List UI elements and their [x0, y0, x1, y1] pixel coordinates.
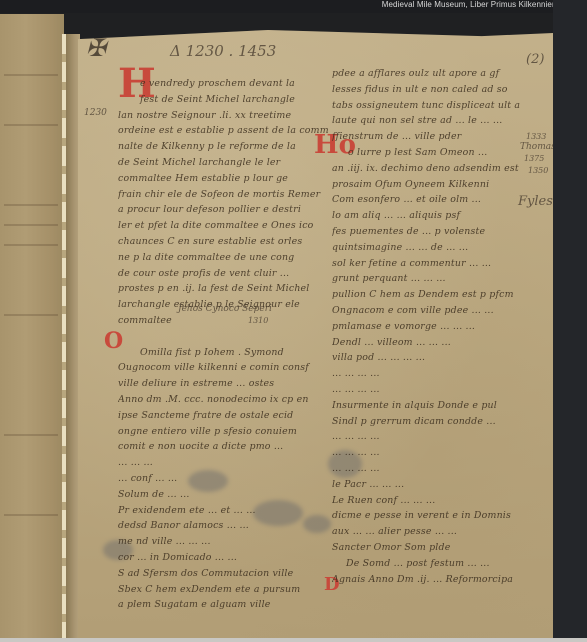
faded-line: [4, 514, 58, 516]
text-line: Solum de ... ...: [118, 487, 333, 503]
text-line: Anno dm .M. ccc. nonodecimo ix cp en: [118, 392, 333, 408]
text-line: laute qui non sel stre ad ... le ... ...: [332, 113, 547, 129]
text-line: fes puementes de ... p volenste: [332, 224, 547, 240]
text-line: Le Ruen conf ... ... ...: [332, 493, 547, 509]
faded-line: [4, 314, 58, 316]
text-line: quintsimagine ... ... de ... ...: [332, 240, 547, 256]
text-line: le Pacr ... ... ...: [332, 477, 547, 493]
text-line: Sbex C hem exDendem ete a pursum: [118, 582, 333, 598]
page-fold: [66, 34, 80, 638]
text-line: S ad Sfersm dos Commutacion ville: [118, 566, 333, 582]
text-line: [118, 329, 333, 345]
faded-line: [4, 204, 58, 206]
text-line: Omilla fist p Iohem . Symond: [118, 345, 333, 361]
text-line: ... ... ... ...: [332, 461, 547, 477]
text-line: ville deliure in estreme ... ostes: [118, 376, 333, 392]
text-line: comit e non uocite a dicte pmo ...: [118, 439, 333, 455]
text-line: de cour oste profis de vent cluir ...: [118, 266, 333, 282]
text-line: a procur lour defeson pollier e destri: [118, 202, 333, 218]
text-line: ne p la dite commaltee de une cong: [118, 250, 333, 266]
faded-line: [4, 224, 58, 226]
text-line: larchangle establie p le Seignour ele: [118, 297, 333, 313]
text-line: Ongnacom e com ville pdee ... ...: [332, 303, 547, 319]
text-line: ordeine est e establie p assent de la co…: [118, 123, 333, 139]
text-column-left: e vendredy proschem devant la fest de Se…: [118, 76, 333, 613]
text-line: ... ... ...: [118, 455, 333, 471]
text-line: e vendredy proschem devant la: [118, 76, 333, 92]
text-line: villa pod ... ... ... ...: [332, 350, 547, 366]
text-line: Dendl ... villeom ... ... ...: [332, 335, 547, 351]
text-line: commaltee Hem establie p lour ge: [118, 171, 333, 187]
text-line: pullion C hem as Dendem est p pfcm: [332, 287, 547, 303]
text-line: Pr exidendem ete ... et ... ...: [118, 503, 333, 519]
text-line: lo am aliq ... ... aliquis psf: [332, 208, 547, 224]
text-line: Com esonfero ... et oile olm ...: [332, 192, 547, 208]
text-line: dicme e pesse in verent e in Domnis: [332, 508, 547, 524]
text-line: chaunces C en sure establie est orles: [118, 234, 333, 250]
text-line: ... ... ... ...: [332, 382, 547, 398]
cross-icon: ✠: [86, 34, 106, 62]
text-column-right: pdee a afflares oulz ult apore a gf less…: [332, 66, 547, 587]
text-line: me nd ville ... ... ...: [118, 534, 333, 550]
text-line: tabs ossigneutem tunc displiceat ult a: [332, 98, 547, 114]
manuscript-folio: ✠ Δ 1230 . 1453 (2) 1230 1333 Thomas 137…: [78, 30, 553, 638]
text-line: ongne entiero ville p sfesio conuiem: [118, 424, 333, 440]
text-line: de Seint Michel larchangle le ler: [118, 155, 333, 171]
faded-line: [4, 434, 58, 436]
text-line: aux ... ... alier pesse ... ...: [332, 524, 547, 540]
text-line: fest de Seint Michel larchangle: [118, 92, 333, 108]
text-line: Agnais Anno Dm .ij. ... Reformorcipa: [332, 572, 547, 588]
faded-line: [4, 244, 58, 246]
text-line: cor ... in Domicado ... ...: [118, 550, 333, 566]
text-line: nalte de Kilkenny p le reforme de la: [118, 139, 333, 155]
text-line: ... ... ... ...: [332, 429, 547, 445]
text-line: Sindl p grerrum dicam condde ...: [332, 414, 547, 430]
viewer-background: [553, 0, 587, 642]
text-line: commaltee: [118, 313, 333, 329]
faded-line: [4, 124, 58, 126]
text-line: sol ker fetine a commentur ... ...: [332, 256, 547, 272]
text-line: prosaim Ofum Oyneem Kilkenni: [332, 177, 547, 193]
text-line: ... ... ... ...: [332, 445, 547, 461]
page-number: (2): [526, 52, 544, 67]
text-line: Sancter Omor Som plde: [332, 540, 547, 556]
previous-leaf: [0, 14, 64, 638]
text-line: Ougnocom ville kilkenni e comin consf: [118, 360, 333, 376]
faded-line: [4, 74, 58, 76]
text-line: grunt perquant ... ... ...: [332, 271, 547, 287]
text-line: Insurmente in alquis Donde e pul: [332, 398, 547, 414]
text-line: dedsd Banor alamocs ... ...: [118, 518, 333, 534]
text-line: prostes p en .ij. la fest de Seint Miche…: [118, 281, 333, 297]
text-line: frain chir ele de Sofeon de mortis Remer: [118, 187, 333, 203]
text-line: o lurre p lest Sam Omeon ...: [332, 145, 547, 161]
text-line: ler et pfet la dite commaltee e Ones ico: [118, 218, 333, 234]
header-note: Δ 1230 . 1453: [170, 42, 276, 60]
text-line: De Somd ... post festum ... ...: [332, 556, 547, 572]
text-line: ipse Sancteme fratre de ostale ecid: [118, 408, 333, 424]
text-line: lesses fidus in ult e non caled ad so: [332, 82, 547, 98]
text-line: ffienstrum de ... ville pder: [332, 129, 547, 145]
viewer-bottom-strip: [0, 638, 587, 642]
text-line: ... ... ... ...: [332, 366, 547, 382]
text-line: pmlamase e vomorge ... ... ...: [332, 319, 547, 335]
text-line: a plem Sugatam e alguam ville: [118, 597, 333, 613]
text-line: pdee a afflares oulz ult apore a gf: [332, 66, 547, 82]
text-line: lan nostre Seignour .li. xx treetime: [118, 108, 333, 124]
text-line: ... conf ... ...: [118, 471, 333, 487]
left-margin-numeral: 1230: [84, 108, 107, 118]
text-line: an .iij. ix. dechimo deno adsendim est: [332, 161, 547, 177]
